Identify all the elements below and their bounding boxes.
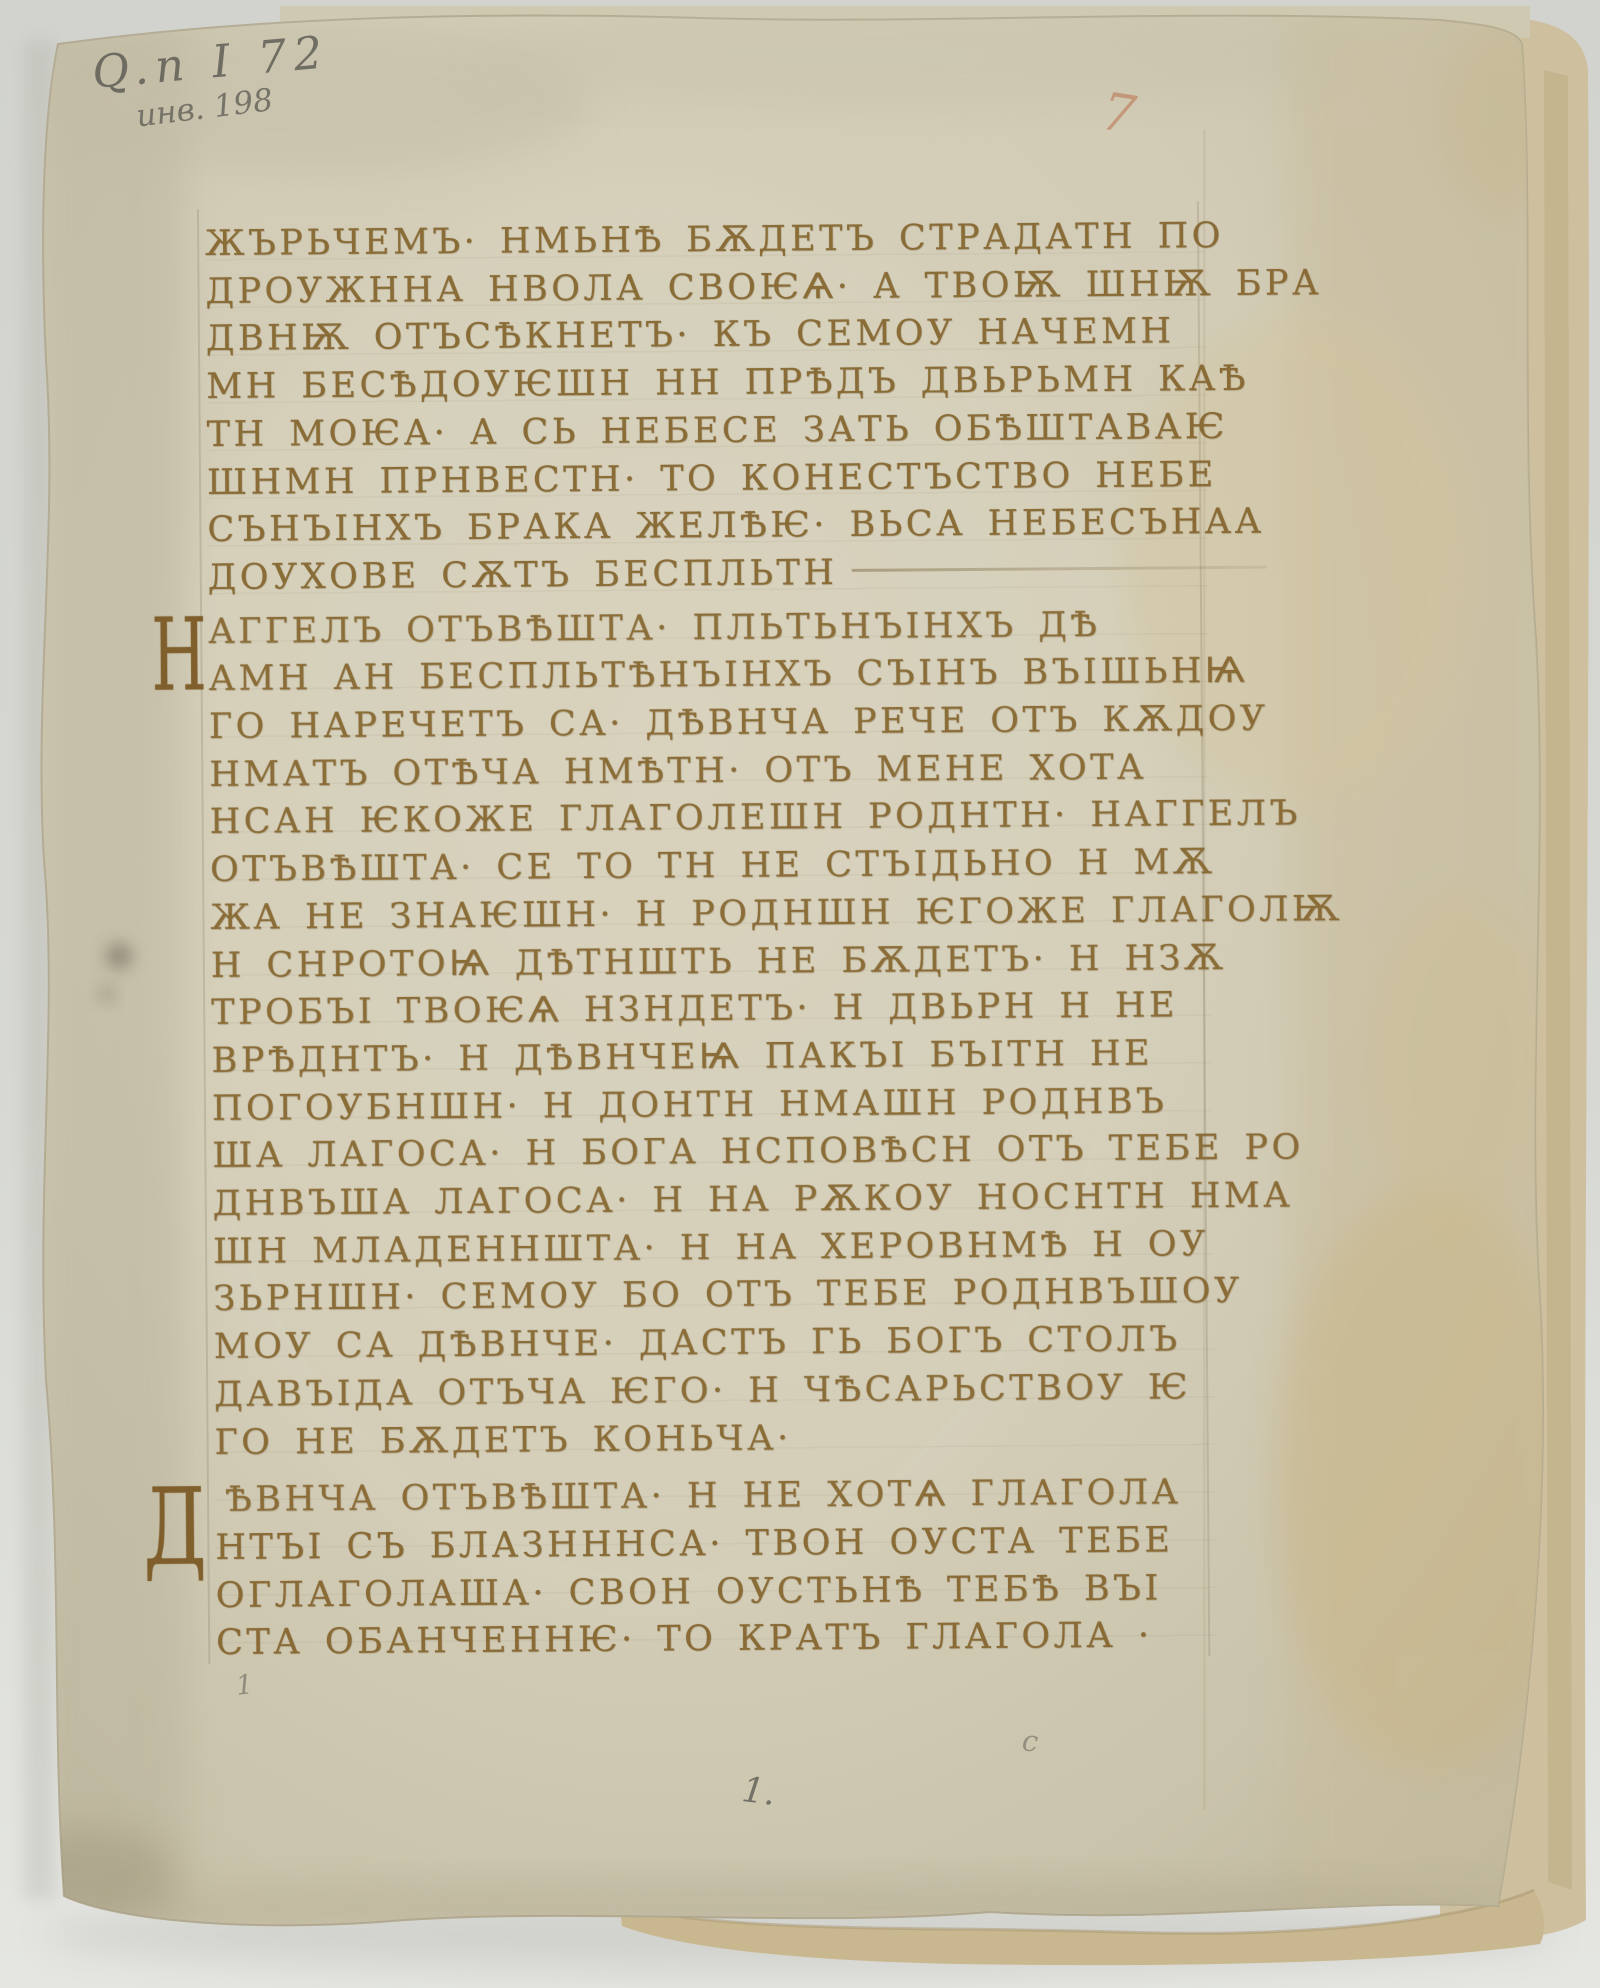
manuscript-line: ДѢВНЧА ОТЪВѢШТА· Н НЕ ХОТѦ ГЛАГОЛА	[225, 1469, 1215, 1524]
manuscript-line-text: АМН АН БЕСПЛЬТѢНЪІНХЪ СЪІНЪ ВЪІШЬНѨ	[208, 651, 1249, 699]
manuscript-line: МОУ СА ДѢВНЧЕ· ДАСТЪ ГЬ БОГЪ СТОЛЪ	[214, 1316, 1214, 1372]
manuscript-line: ГО НЕ БѪДЕТЪ КОНЬЧА·	[214, 1412, 1214, 1468]
line-filler-rule	[851, 566, 1266, 572]
manuscript-line: ЗЬРНШН· СЕМОУ БО ОТЪ ТЕБЕ РОДНВЪШОУ	[213, 1269, 1213, 1325]
manuscript-line: ПОГОУБНШН· Н ДОНТН НМАШН РОДНВЪ	[212, 1078, 1212, 1134]
manuscript-line-text: ГО НАРЕЧЕТЪ СА· ДѢВНЧА РЕЧЕ ОТЪ КѪДОУ	[209, 699, 1269, 747]
manuscript-line-text: НСАН ѤКОЖЕ ГЛАГОЛЕШН РОДНТН· НАГГЕЛЪ	[210, 794, 1301, 843]
manuscript-line: ТН МОѤА· А СЬ НЕБЕСЕ ЗАТЬ ОБѢШТАВАѤ	[206, 404, 1206, 460]
manuscript-line-text: ТРОБЪІ ТВОѤѦ НЗНДЕТЪ· Н ДВЬРН Н НЕ	[211, 986, 1178, 1034]
manuscript-line: СТА ОБАНЧЕННѤ· ТО КРАТЪ ГЛАГОЛА ·	[216, 1612, 1216, 1668]
manuscript-line: ВРѢДНТЪ· Н ДѢВНЧЕѨ ПАКЪІ БЪІТН НЕ	[211, 1030, 1211, 1086]
manuscript-line-text: НТЪІ СЪ БЛАЗНННСА· ТВОН ОУСТА ТЕБЕ	[215, 1520, 1173, 1568]
manuscript-line: МН БЕСѢДОУѤШН НН ПРѢДЪ ДВЬРЬМН КАѢ	[206, 356, 1206, 412]
manuscript-line-text: ЗЬРНШН· СЕМОУ БО ОТЪ ТЕБЕ РОДНВЪШОУ	[213, 1271, 1243, 1319]
manuscript-line: ЖА НЕ ЗНАѤШН· Н РОДНШН ѤГОЖЕ ГЛАГОЛѬ	[210, 887, 1210, 943]
text-block: ЖЪРЬЧЕМЪ· НМЬНѢ БѪДЕТЪ СТРАДАТН ПОДРОУЖН…	[205, 213, 1216, 1668]
manuscript-line: ДРОУЖННА НВОЛА СВОѤѦ· А ТВОѬ ШНѬ БРА	[205, 261, 1205, 317]
manuscript-line-text: ВРѢДНТЪ· Н ДѢВНЧЕѨ ПАКЪІ БЪІТН НЕ	[211, 1034, 1153, 1081]
paragraph-initial: Н	[151, 605, 210, 706]
manuscript-line-text: ДОУХОВЕ СѪТЪ БЕСПЛЬТН	[208, 553, 838, 598]
manuscript-line: АМН АН БЕСПЛЬТѢНЪІНХЪ СЪІНЪ ВЪІШЬНѨ	[208, 648, 1208, 704]
folio-number-pencil: 1.	[740, 1770, 778, 1814]
manuscript-line-text: ЖЪРЬЧЕМЪ· НМЬНѢ БѪДЕТЪ СТРАДАТН ПО	[205, 216, 1224, 264]
manuscript-line: Н СНРОТОѨ ДѢТНШТЬ НЕ БѪДЕТЪ· Н НЗѪ	[211, 935, 1211, 991]
manuscript-photo: Q.п I 72 инв. 198 7 ЖЪРЬЧЕМЪ· НМЬНѢ БѪДЕ…	[0, 0, 1600, 1988]
manuscript-line-text: ДВНѬ ОТЪСѢКНЕТЪ· КЪ СЕМОУ НАЧЕМН	[206, 312, 1175, 360]
manuscript-line-text: ОГЛАГОЛАША· СВОН ОУСТЬНѢ ТЕБѢ ВЪІ	[216, 1568, 1162, 1615]
manuscript-line-text: ТН МОѤА· А СЬ НЕБЕСЕ ЗАТЬ ОБѢШТАВАѤ	[207, 407, 1228, 455]
manuscript-line: ДНВЪША ЛАГОСА· Н НА РѪКОУ НОСНТН НМА	[213, 1173, 1213, 1229]
manuscript-line-text: ѢВНЧА ОТЪВѢШТА· Н НЕ ХОТѦ ГЛАГОЛА	[225, 1473, 1182, 1521]
manuscript-line-text: АГГЕЛЪ ОТЪВѢШТА· ПЛЬТЬНЪІНХЪ ДѢ	[208, 605, 1100, 652]
manuscript-line: ША ЛАГОСА· Н БОГА НСПОВѢСН ОТЪ ТЕБЕ РО	[212, 1125, 1212, 1181]
manuscript-line-text: ШНМН ПРНВЕСТН· ТО КОНЕСТЪСТВО НЕБЕ	[207, 455, 1217, 503]
manuscript-line-text: НМАТЪ ОТѢЧА НМѢТН· ОТЪ МЕНЕ ХОТА	[209, 747, 1147, 794]
manuscript-line-text: ША ЛАГОСА· Н БОГА НСПОВѢСН ОТЪ ТЕБЕ РО	[212, 1128, 1304, 1177]
manuscript-line-text: ОТЪВѢШТА· СЕ ТО ТН НЕ СТЪІДЬНО Н МѪ	[210, 842, 1216, 890]
manuscript-line-text: ДАВЪІДА ОТЪЧА ѤГО· Н ЧѢСАРЬСТВОУ Ѥ	[214, 1367, 1191, 1415]
manuscript-line-text: МН БЕСѢДОУѤШН НН ПРѢДЪ ДВЬРЬМН КАѢ	[206, 359, 1249, 407]
manuscript-line: СЪНЪІНХЪ БРАКА ЖЕЛѢѤ· ВЬСА НЕБЕСЪНАА	[207, 499, 1207, 555]
manuscript-line-text: ГО НЕ БѪДЕТЪ КОНЬЧА·	[214, 1418, 791, 1463]
manuscript-line-text: ПОГОУБНШН· Н ДОНТН НМАШН РОДНВЪ	[212, 1081, 1168, 1129]
paragraph-initial: Д	[143, 1475, 210, 1582]
manuscript-line: ДОУХОВЕ СѪТЪ БЕСПЛЬТН	[208, 547, 1208, 603]
pencil-mark-left: 1	[234, 1669, 254, 1702]
manuscript-line-text: ДРОУЖННА НВОЛА СВОѤѦ· А ТВОѬ ШНѬ БРА	[205, 263, 1322, 312]
manuscript-line: ТРОБЪІ ТВОѤѦ НЗНДЕТЪ· Н ДВЬРН Н НЕ	[211, 982, 1211, 1038]
manuscript-line: ШНМН ПРНВЕСТН· ТО КОНЕСТЪСТВО НЕБЕ	[207, 452, 1207, 508]
manuscript-line-text: ЖА НЕ ЗНАѤШН· Н РОДНШН ѤГОЖЕ ГЛАГОЛѬ	[210, 889, 1343, 938]
manuscript-line: ОГЛАГОЛАША· СВОН ОУСТЬНѢ ТЕБѢ ВЪІ	[216, 1565, 1216, 1621]
manuscript-line: НМАТЪ ОТѢЧА НМѢТН· ОТЪ МЕНЕ ХОТА	[209, 744, 1209, 800]
manuscript-line: НТЪІ СЪ БЛАЗНННСА· ТВОН ОУСТА ТЕБЕ	[215, 1517, 1215, 1573]
manuscript-line: ОТЪВѢШТА· СЕ ТО ТН НЕ СТЪІДЬНО Н МѪ	[210, 839, 1210, 895]
manuscript-line-text: МОУ СА ДѢВНЧЕ· ДАСТЪ ГЬ БОГЪ СТОЛЪ	[214, 1320, 1181, 1368]
manuscript-line: ДВНѬ ОТЪСѢКНЕТЪ· КЪ СЕМОУ НАЧЕМН	[206, 309, 1206, 365]
manuscript-line: ШН МЛАДЕННШТА· Н НА ХЕРОВНМѢ Н ОУ	[213, 1221, 1213, 1277]
manuscript-line-text: СЪНЪІНХЪ БРАКА ЖЕЛѢѤ· ВЬСА НЕБЕСЪНАА	[207, 502, 1265, 550]
manuscript-line: ДАВЪІДА ОТЪЧА ѤГО· Н ЧѢСАРЬСТВОУ Ѥ	[214, 1364, 1214, 1420]
manuscript-line-text: Н СНРОТОѨ ДѢТНШТЬ НЕ БѪДЕТЪ· Н НЗѪ	[211, 938, 1227, 986]
manuscript-line: ГО НАРЕЧЕТЪ СА· ДѢВНЧА РЕЧЕ ОТЪ КѪДОУ	[209, 696, 1209, 752]
manuscript-line-text: ДНВЪША ЛАГОСА· Н НА РѪКОУ НОСНТН НМА	[213, 1176, 1294, 1224]
manuscript-lines: ЖЪРЬЧЕМЪ· НМЬНѢ БѪДЕТЪ СТРАДАТН ПОДРОУЖН…	[205, 213, 1216, 1668]
pencil-mark-right: с	[1021, 1723, 1040, 1758]
manuscript-line-text: ШН МЛАДЕННШТА· Н НА ХЕРОВНМѢ Н ОУ	[213, 1224, 1209, 1272]
manuscript-line-text: СТА ОБАНЧЕННѤ· ТО КРАТЪ ГЛАГОЛА ·	[216, 1616, 1153, 1663]
manuscript-line: ЖЪРЬЧЕМЪ· НМЬНѢ БѪДЕТЪ СТРАДАТН ПО	[205, 213, 1205, 269]
underleaf-right-streak	[1544, 70, 1572, 1890]
manuscript-line: НСАН ѤКОЖЕ ГЛАГОЛЕШН РОДНТН· НАГГЕЛЪ	[210, 792, 1210, 848]
manuscript-line: НАГГЕЛЪ ОТЪВѢШТА· ПЛЬТЬНЪІНХЪ ДѢ	[208, 601, 1208, 657]
